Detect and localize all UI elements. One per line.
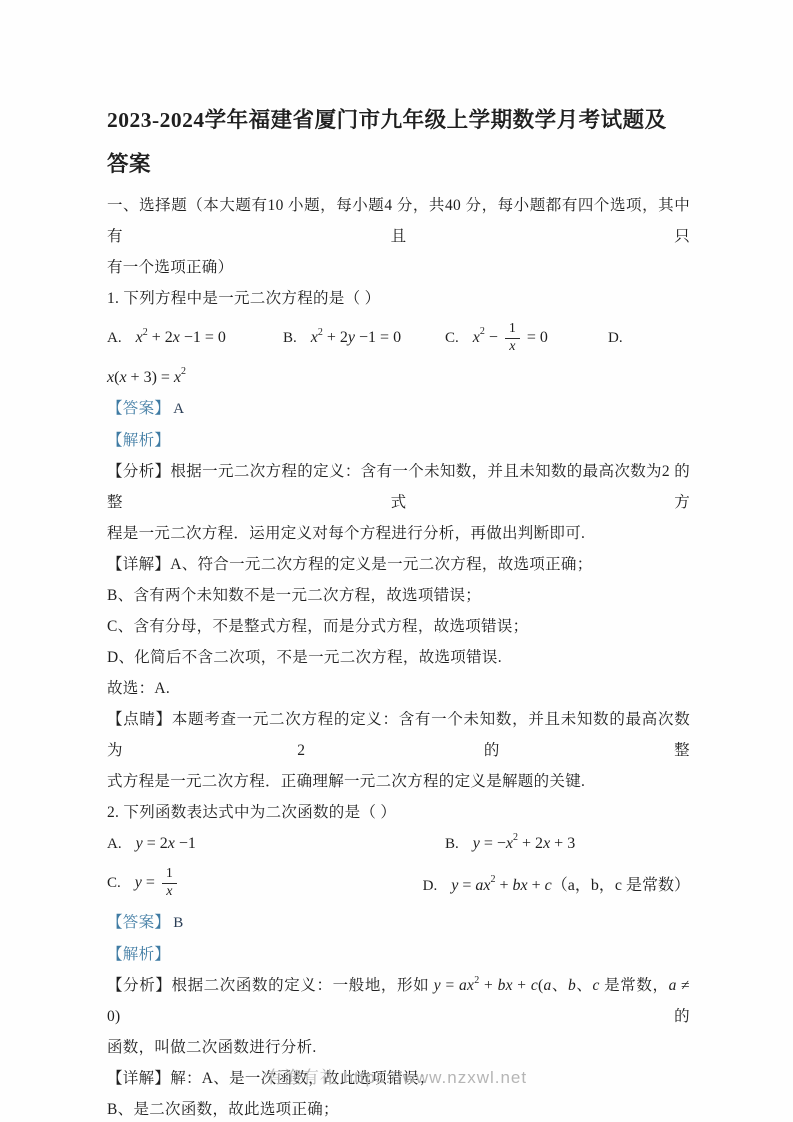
option-c-formula: y = 1x: [135, 874, 180, 891]
section-header-line-2: 有一个选项正确）: [107, 252, 690, 283]
section-header-line-1: 一、选择题（本大题有10 小题，每小题4 分，共40 分，每小题都有四个选项，其…: [107, 190, 690, 252]
question-2-option-c: C.y = 1x: [107, 866, 423, 899]
option-b-label: B.: [445, 836, 459, 852]
question-1-option-d-formula-row: x(x + 3) = x2: [107, 362, 690, 393]
option-a-formula: x2 + 2x −1 = 0: [136, 329, 226, 346]
answer-value: B: [173, 915, 183, 931]
option-c-label: C.: [445, 330, 459, 346]
question-1-option-d-label: D.: [608, 329, 690, 347]
question-2-analysis-header: 【解析】: [107, 939, 690, 970]
watermark-footer: 有渔有礼 https://www.nzxwl.net: [0, 1063, 793, 1088]
question-1-fenxi-line-1: 【分析】根据一元二次方程的定义：含有一个未知数，并且未知数的最高次数为2 的整式…: [107, 456, 690, 518]
question-1-option-b: B.x2 + 2y −1 = 0: [283, 329, 445, 347]
question-1-analysis-header: 【解析】: [107, 425, 690, 456]
question-2-xiangjie-line-2: B、是二次函数，故此选项正确；: [107, 1094, 690, 1122]
question-2-option-a: A.y = 2x −1: [107, 835, 445, 853]
question-1-answer-line: 【答案】A: [107, 393, 690, 425]
question-1-dianjing-line-2: 式方程是一元二次方程．正确理解一元二次方程的定义是解题的关键.: [107, 766, 690, 797]
option-c-label: C.: [107, 875, 121, 891]
question-1-xiangjie-line-2: B、含有两个未知数不是一元二次方程，故选项错误；: [107, 580, 690, 611]
question-2-options-row-1: A.y = 2x −1 B.y = −x2 + 2x + 3: [107, 828, 690, 859]
question-2-answer-line: 【答案】B: [107, 907, 690, 939]
option-b-formula: y = −x2 + 2x + 3: [473, 835, 575, 852]
question-2-stem: 2. 下列函数表达式中为二次函数的是（ ）: [107, 797, 690, 828]
question-1-stem: 1. 下列方程中是一元二次方程的是（ ）: [107, 283, 690, 314]
analysis-header-label: 【解析】: [107, 946, 170, 963]
question-1-options-row: A.x2 + 2x −1 = 0 B.x2 + 2y −1 = 0 C.x2 −…: [107, 314, 690, 362]
question-2-fenxi-line-2: 函数，叫做二次函数进行分析.: [107, 1032, 690, 1063]
question-1-dianjing-line-1: 【点睛】本题考查一元二次方程的定义：含有一个未知数，并且未知数的最高次数为2 的…: [107, 704, 690, 766]
question-2-option-d: D.y = ax2 + bx + c（a，b，c 是常数）: [423, 872, 690, 895]
analysis-header-label: 【解析】: [107, 432, 170, 449]
title-line-1: 2023-2024学年福建省厦门市九年级上学期数学月考试题及: [107, 98, 690, 142]
question-1-option-c: C.x2 − 1x = 0: [445, 321, 608, 354]
question-1-xiangjie-line-3: C、含有分母，不是整式方程，而是分式方程，故选项错误；: [107, 611, 690, 642]
option-a-label: A.: [107, 836, 122, 852]
option-c-formula: x2 − 1x = 0: [473, 329, 548, 346]
question-2-fenxi-line-1: 【分析】根据二次函数的定义：一般地，形如 y = ax2 + bx + c(a、…: [107, 970, 690, 1032]
option-d-label: D.: [423, 878, 438, 894]
question-1-fenxi-line-2: 程是一元二次方程．运用定义对每个方程进行分析，再做出判断即可.: [107, 518, 690, 549]
document-title: 2023-2024学年福建省厦门市九年级上学期数学月考试题及 答案: [107, 98, 690, 186]
answer-value: A: [173, 401, 184, 417]
question-1-xiangjie-line-1: 【详解】A、符合一元二次方程的定义是一元二次方程，故选项正确；: [107, 549, 690, 580]
option-b-label: B.: [283, 330, 297, 346]
answer-label: 【答案】: [107, 400, 170, 417]
question-2-options-row-2: C.y = 1x D.y = ax2 + bx + c（a，b，c 是常数）: [107, 859, 690, 907]
option-d-formula: y = ax2 + bx + c（a，b，c 是常数）: [451, 877, 690, 894]
question-1-conclusion: 故选：A.: [107, 673, 690, 704]
option-a-formula: y = 2x −1: [136, 835, 196, 852]
question-2-option-b: B.y = −x2 + 2x + 3: [445, 835, 690, 853]
answer-label: 【答案】: [107, 914, 170, 931]
option-b-formula: x2 + 2y −1 = 0: [311, 329, 401, 346]
exam-document-page: 2023-2024学年福建省厦门市九年级上学期数学月考试题及 答案 一、选择题（…: [0, 0, 793, 1122]
title-line-2: 答案: [107, 142, 690, 186]
option-d-formula: x(x + 3) = x2: [107, 369, 186, 387]
question-1-option-a: A.x2 + 2x −1 = 0: [107, 329, 283, 347]
question-1-xiangjie-line-4: D、化简后不含二次项，不是一元二次方程，故选项错误.: [107, 642, 690, 673]
option-a-label: A.: [107, 330, 122, 346]
